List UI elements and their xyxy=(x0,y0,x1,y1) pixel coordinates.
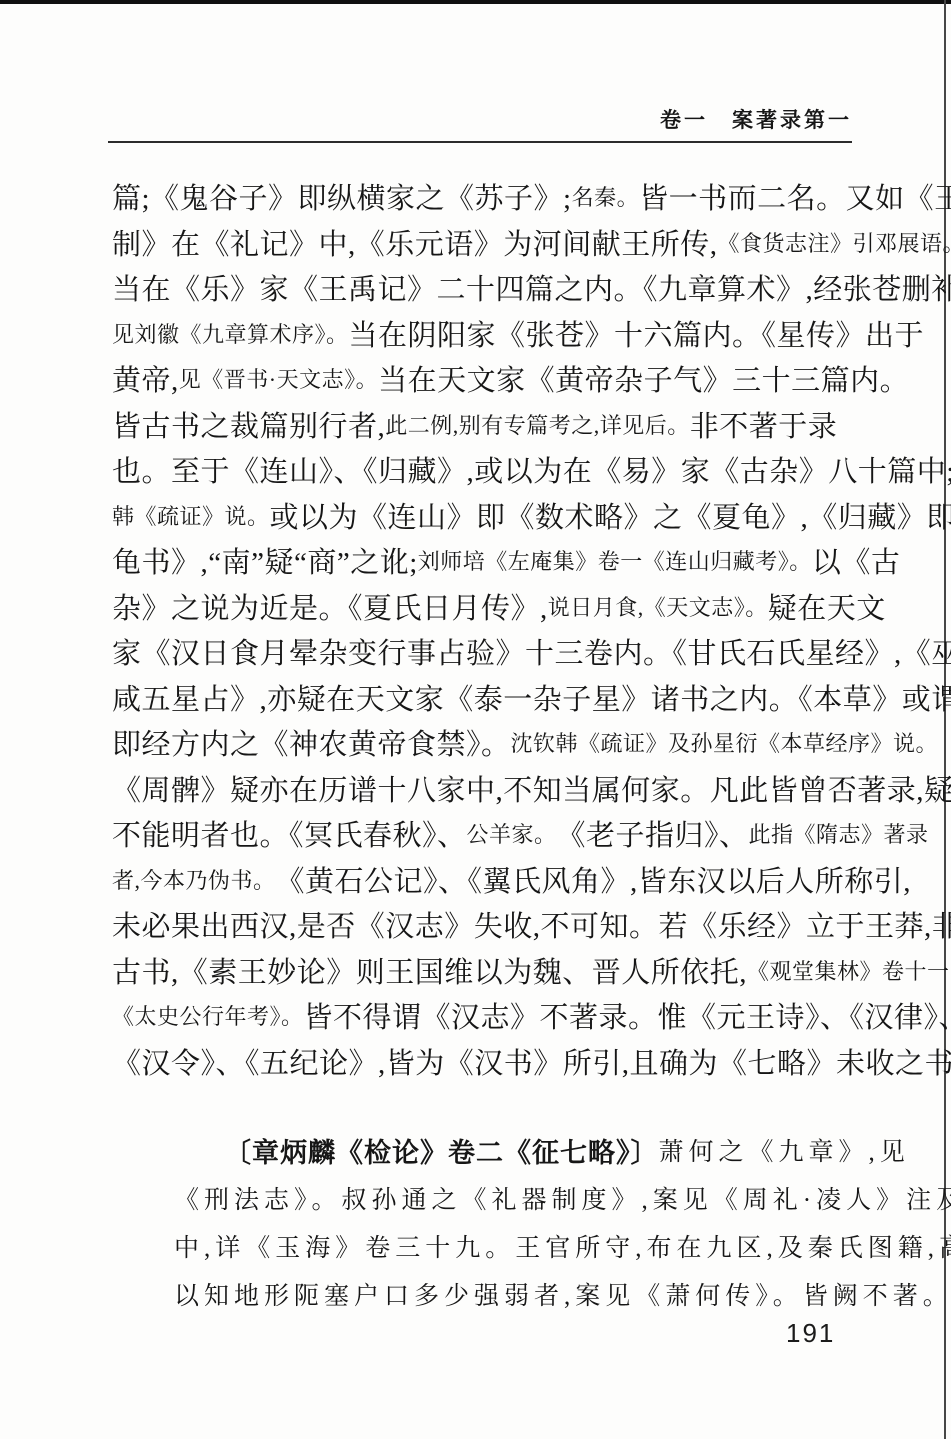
body-text: 篇;《鬼谷子》即纵横家之《苏子》;名秦。皆一书而二名。又如《王制》在《礼记》中,… xyxy=(112,174,859,1084)
text-segment: 咸五星占》,亦疑在天文家《泰一杂子星》诸书之内。《本草》或谓 xyxy=(112,677,951,718)
text-line: 制》在《礼记》中,《乐元语》为河间献王所传,《食货志注》引邓展语。 xyxy=(112,220,859,266)
text-segment: 萧何之《九章》,见 xyxy=(659,1132,910,1168)
text-segment: 说日月食,《天文志》。 xyxy=(548,591,768,622)
text-line: 家《汉日食月晕杂变行事占验》十三卷内。《甘氏石氏星经》,《巫 xyxy=(112,629,859,675)
text-line: 中,详《玉海》卷三十九。王官所守,布在九区,及秦氏图籍,高祖 xyxy=(174,1222,859,1270)
text-line: 古书,《素王妙论》则王国维以为魏、晋人所依托,《观堂集林》卷十一 xyxy=(112,948,859,994)
text-segment: 《刑法志》。叔孙通之《礼器制度》,案见《周礼·凌人》注及诸经疏 xyxy=(174,1180,951,1216)
text-line: 篇;《鬼谷子》即纵横家之《苏子》;名秦。皆一书而二名。又如《王 xyxy=(112,174,859,220)
text-segment: 制》在《礼记》中,《乐元语》为河间献王所传, xyxy=(112,222,718,263)
text-segment: 或以为《连山》即《数术略》之《夏龟》,《归藏》即《南 xyxy=(270,495,951,536)
text-line: 《周髀》疑亦在历谱十八家中,不知当属何家。凡此皆曾否著录,疑 xyxy=(112,766,859,812)
text-line: 龟书》,“南”疑“商”之讹;刘师培《左庵集》卷一《连山归藏考》。以《古 xyxy=(112,538,859,584)
text-segment: 也。至于《连山》、《归藏》,或以为在《易》家《古杂》八十篇中; xyxy=(112,449,951,490)
text-segment: 皆古书之裁篇别行者, xyxy=(112,404,385,445)
text-segment: 沈钦韩《疏证》及孙星衍《本草经序》说。 xyxy=(511,727,939,758)
text-line: 杂》之说为近是。《夏氏日月传》,说日月食,《天文志》。疑在天文 xyxy=(112,584,859,630)
page-number: 191 xyxy=(786,1318,835,1349)
text-line: 也。至于《连山》、《归藏》,或以为在《易》家《古杂》八十篇中;沈钦 xyxy=(112,447,859,493)
header-rule xyxy=(108,141,852,143)
text-segment: 皆一书而二名。又如《王 xyxy=(639,176,951,217)
text-segment: 当在《乐》家《王禹记》二十四篇之内。《九章算术》,经张苍删补, xyxy=(112,267,951,308)
text-segment: 刘师培《左庵集》卷一《连山归藏考》。 xyxy=(418,545,812,576)
text-line: 皆古书之裁篇别行者,此二例,别有专篇考之,详见后。非不著于录 xyxy=(112,402,859,448)
text-segment: 皆不得谓《汉志》不著录。惟《元王诗》、《汉律》、 xyxy=(304,995,951,1036)
text-segment: 《黄石公记》、《翼氏风角》,皆东汉以后人所称引, xyxy=(276,859,912,900)
text-segment: 未必果出西汉,是否《汉志》失收,不可知。若《乐经》立于王莽,非 xyxy=(112,904,951,945)
text-segment: 篇;《鬼谷子》即纵横家之《苏子》; xyxy=(112,176,572,217)
text-segment: 〔章炳麟《检论》卷二《征七略》〕 xyxy=(224,1131,659,1170)
text-segment: 黄帝, xyxy=(112,358,179,399)
text-line: 韩《疏证》说。或以为《连山》即《数术略》之《夏龟》,《归藏》即《南 xyxy=(112,493,859,539)
text-line: 不能明者也。《冥氏春秋》、公羊家。《老子指归》、此指《隋志》著录 xyxy=(112,811,859,857)
text-line: 《刑法志》。叔孙通之《礼器制度》,案见《周礼·凌人》注及诸经疏 xyxy=(174,1174,859,1222)
text-segment: 者,今本乃伪书。 xyxy=(112,864,276,895)
scan-top-edge-artifact xyxy=(0,0,951,4)
text-segment: 非不著于录 xyxy=(690,404,838,445)
text-segment: 《老子指归》、 xyxy=(557,813,749,854)
text-line: 当在《乐》家《王禹记》二十四篇之内。《九章算术》,经张苍删补, xyxy=(112,265,859,311)
scanned-book-page: 卷一 案著录第一 篇;《鬼谷子》即纵横家之《苏子》;名秦。皆一书而二名。又如《王… xyxy=(0,0,951,1439)
text-segment: 此指《隋志》著录 xyxy=(749,818,929,849)
text-segment: 《周髀》疑亦在历谱十八家中,不知当属何家。凡此皆曾否著录,疑 xyxy=(112,768,951,809)
text-segment: 《食货志注》引邓展语。 xyxy=(718,227,951,258)
text-segment: 《太史公行年考》。 xyxy=(112,1000,304,1031)
text-segment: 韩《疏证》说。 xyxy=(112,500,270,531)
text-segment: 公羊家。 xyxy=(467,818,557,849)
text-segment: 《观堂集林》卷十一 xyxy=(747,955,950,986)
text-segment: 不能明者也。《冥氏春秋》、 xyxy=(112,813,467,854)
text-segment: 龟书》,“南”疑“商”之讹; xyxy=(112,540,418,581)
text-line: 〔章炳麟《检论》卷二《征七略》〕萧何之《九章》,见 xyxy=(224,1126,859,1174)
text-line: 见刘徽《九章算术序》。当在阴阳家《张苍》十六篇内。《星传》出于 xyxy=(112,311,859,357)
text-segment: 以知地形阨塞户口多少强弱者,案见《萧何传》。皆阙不著。 xyxy=(174,1276,951,1312)
text-segment: 疑在天文 xyxy=(768,586,886,627)
text-segment: 《汉令》、《五纪论》,皆为《汉书》所引,且确为《七略》未收之书耳。 xyxy=(112,1041,951,1082)
text-line: 者,今本乃伪书。《黄石公记》、《翼氏风角》,皆东汉以后人所称引, xyxy=(112,857,859,903)
text-segment: 中,详《玉海》卷三十九。王官所守,布在九区,及秦氏图籍,高祖 xyxy=(174,1228,951,1264)
text-line: 《太史公行年考》。皆不得谓《汉志》不著录。惟《元王诗》、《汉律》、 xyxy=(112,993,859,1039)
text-line: 《汉令》、《五纪论》,皆为《汉书》所引,且确为《七略》未收之书耳。 xyxy=(112,1039,859,1085)
text-line: 以知地形阨塞户口多少强弱者,案见《萧何传》。皆阙不著。 xyxy=(174,1270,859,1318)
text-segment: 当在天文家《黄帝杂子气》三十三篇内。 xyxy=(378,358,909,399)
text-segment: 即经方内之《神农黄帝食禁》。 xyxy=(112,722,511,763)
text-segment: 见刘徽《九章算术序》。 xyxy=(112,318,349,349)
text-line: 即经方内之《神农黄帝食禁》。沈钦韩《疏证》及孙星衍《本草经序》说。 xyxy=(112,720,859,766)
text-segment: 以《古 xyxy=(812,540,901,581)
text-segment: 家《汉日食月晕杂变行事占验》十三卷内。《甘氏石氏星经》,《巫 xyxy=(112,631,951,672)
text-segment: 见《晋书·天文志》。 xyxy=(179,363,378,394)
text-segment: 当在阴阳家《张苍》十六篇内。《星传》出于 xyxy=(349,313,925,354)
text-line: 咸五星占》,亦疑在天文家《泰一杂子星》诸书之内。《本草》或谓 xyxy=(112,675,859,721)
text-line: 未必果出西汉,是否《汉志》失收,不可知。若《乐经》立于王莽,非 xyxy=(112,902,859,948)
text-line: 黄帝,见《晋书·天文志》。当在天文家《黄帝杂子气》三十三篇内。 xyxy=(112,356,859,402)
text-segment: 名秦。 xyxy=(572,181,640,212)
text-segment: 此二例,别有专篇考之,详见后。 xyxy=(385,409,690,440)
running-head: 卷一 案著录第一 xyxy=(108,104,852,134)
quote-block: 〔章炳麟《检论》卷二《征七略》〕萧何之《九章》,见《刑法志》。叔孙通之《礼器制度… xyxy=(112,1126,859,1318)
text-segment: 杂》之说为近是。《夏氏日月传》, xyxy=(112,586,548,627)
text-segment: 古书,《素王妙论》则王国维以为魏、晋人所依托, xyxy=(112,950,747,991)
